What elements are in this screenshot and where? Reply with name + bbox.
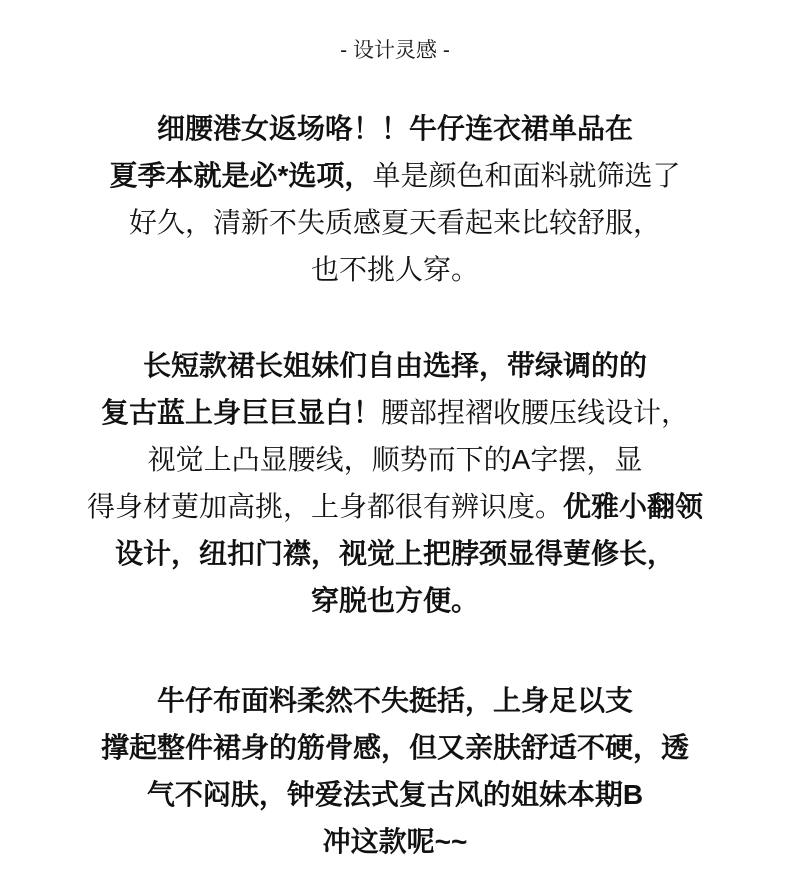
text-line: 夏季本就是必*选项，单是颜色和面料就筛选了: [0, 152, 790, 199]
bold-text-run: 细腰港女返场咯！！牛仔连衣裙单品在: [157, 113, 633, 144]
bold-text-run: 优雅小翻领: [563, 491, 703, 522]
bold-text-run: 撑起整件裙身的筋骨感，但又亲肤舒适不硬，透: [101, 732, 689, 763]
design-inspiration-page: - 设计灵感 - 细腰港女返场咯！！牛仔连衣裙单品在夏季本就是必*选项，单是颜色…: [0, 0, 790, 881]
paragraph: 细腰港女返场咯！！牛仔连衣裙单品在夏季本就是必*选项，单是颜色和面料就筛选了好久…: [0, 105, 790, 293]
text-line: 细腰港女返场咯！！牛仔连衣裙单品在: [0, 105, 790, 152]
text-run: 腰部捏褶收腰压线设计，: [381, 397, 689, 428]
paragraphs-container: 细腰港女返场咯！！牛仔连衣裙单品在夏季本就是必*选项，单是颜色和面料就筛选了好久…: [0, 105, 790, 865]
text-line: 复古蓝上身巨巨显白！腰部捏褶收腰压线设计，: [0, 389, 790, 436]
paragraph: 长短款裙长姐妹们自由选择，带绿调的的复古蓝上身巨巨显白！腰部捏褶收腰压线设计，视…: [0, 342, 790, 624]
text-line: 得身材莄加高挑，上身都很有辨识度。优雅小翻领: [0, 483, 790, 530]
bold-text-run: 牛仔布面料柔然不失挺括，上身足以支: [157, 685, 633, 716]
bold-text-run: 复古蓝上身巨巨显白！: [101, 397, 381, 428]
text-run: 视觉上凸显腰线，顺势而下的A字摆，显: [148, 444, 643, 475]
text-line: 撑起整件裙身的筋骨感，但又亲肤舒适不硬，透: [0, 724, 790, 771]
bold-text-run: 冲这款呢~~: [323, 826, 468, 857]
bold-text-run: 穿脱也方便。: [311, 585, 479, 616]
text-line: 长短款裙长姐妹们自由选择，带绿调的的: [0, 342, 790, 389]
text-line: 视觉上凸显腰线，顺势而下的A字摆，显: [0, 436, 790, 483]
text-run: 单是颜色和面料就筛选了: [372, 160, 680, 191]
text-line: 气不闷肤，钟爱法式复古风的姐妹本期B: [0, 771, 790, 818]
bold-text-run: 夏季本就是必*选项，: [110, 160, 373, 191]
bold-text-run: 长短款裙长姐妹们自由选择，带绿调的的: [143, 350, 647, 381]
bold-text-run: 气不闷肤，钟爱法式复古风的姐妹本期B: [147, 779, 643, 810]
text-line: 牛仔布面料柔然不失挺括，上身足以支: [0, 677, 790, 724]
text-run: 好久，清新不失质感夏天看起来比较舒服，: [129, 207, 661, 238]
text-run: 也不挑人穿。: [311, 254, 479, 285]
paragraph: 牛仔布面料柔然不失挺括，上身足以支撑起整件裙身的筋骨感，但又亲肤舒适不硬，透气不…: [0, 677, 790, 865]
text-line: 设计，纽扣门襟，视觉上把脖颈显得莄修长，: [0, 530, 790, 577]
text-line: 也不挑人穿。: [0, 246, 790, 293]
text-line: 穿脱也方便。: [0, 577, 790, 624]
bold-text-run: 设计，纽扣门襟，视觉上把脖颈显得莄修长，: [115, 538, 675, 569]
text-run: 得身材莄加高挑，上身都很有辨识度。: [87, 491, 563, 522]
section-title: - 设计灵感 -: [0, 0, 790, 64]
text-line: 冲这款呢~~: [0, 818, 790, 865]
text-line: 好久，清新不失质感夏天看起来比较舒服，: [0, 199, 790, 246]
